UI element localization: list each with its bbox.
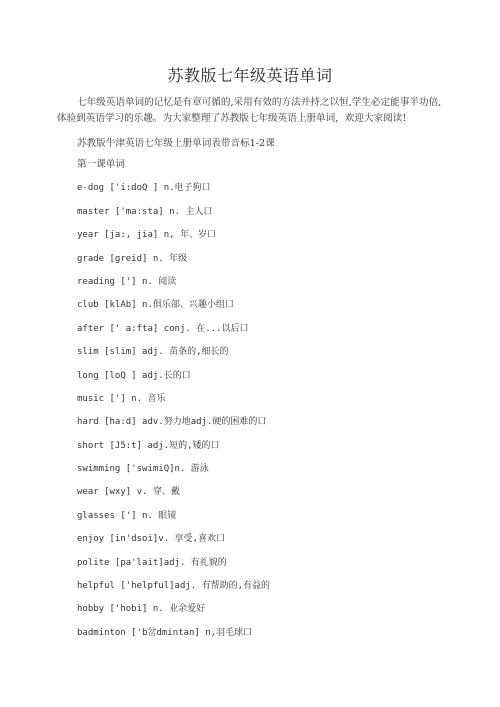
vocab-entry: year [ja:, jia] n, 年、岁口 bbox=[77, 228, 270, 251]
vocab-entry: enjoy [in'dsoi]v. 享受,喜欢口 bbox=[77, 532, 270, 555]
vocab-entry: helpful ['helpful]adj. 有帮助的,有益的 bbox=[77, 579, 270, 602]
vocab-entry: polite [pa'lait]adj. 有礼貌的 bbox=[77, 556, 270, 579]
vocab-entry: reading ['] n. 阅读 bbox=[77, 275, 270, 298]
section-subtitle: 苏教版牛津英语七年级上册单词表带音标1-2课 bbox=[77, 135, 275, 149]
vocab-entry: hobby ['hobi] n. 业余爱好 bbox=[77, 602, 270, 625]
vocab-entry: after [' a:fta] conj. 在...以后口 bbox=[77, 322, 270, 345]
vocab-entry: slim [slim] adj. 苗条的,细长的 bbox=[77, 345, 270, 368]
vocab-entry: e-dog ['i:doQ ] n.电子狗口 bbox=[77, 181, 270, 204]
vocab-entry: swimming ['swimiQ]n. 游泳 bbox=[77, 462, 270, 485]
vocab-entry: long [loQ ] adj.长的口 bbox=[77, 369, 270, 392]
vocab-entry: music ['] n. 音乐 bbox=[77, 392, 270, 415]
vocab-entry: master ['ma:sta] n. 主人口 bbox=[77, 205, 270, 228]
vocabulary-list: 第一课单词 e-dog ['i:doQ ] n.电子狗口 master ['ma… bbox=[77, 158, 270, 649]
document-page: 苏教版七年级英语单词 七年级英语单词的记忆是有章可循的,采用有效的方法并持之以恒… bbox=[0, 0, 500, 707]
vocab-entry: grade [greid] n. 年级 bbox=[77, 252, 270, 275]
vocab-entry: club [klAb] n.俱乐部、兴趣小组口 bbox=[77, 298, 270, 321]
vocab-entry: wear [wxy] v. 穿、戴 bbox=[77, 485, 270, 508]
vocab-entry: glasses ['] n. 眼镜 bbox=[77, 509, 270, 532]
lesson-heading: 第一课单词 bbox=[77, 158, 270, 181]
page-title: 苏教版七年级英语单词 bbox=[0, 63, 500, 86]
vocab-entry: badminton ['b岔dmintan] n,羽毛球口 bbox=[77, 626, 270, 649]
vocab-entry: hard [ha:d] adv.努力地adj.硬的困难的口 bbox=[77, 415, 270, 438]
intro-paragraph: 七年级英语单词的记忆是有章可循的,采用有效的方法并持之以恒,学生必定能事半功倍,… bbox=[57, 95, 445, 126]
vocab-entry: short [J5:t] adj.短的,矮的口 bbox=[77, 439, 270, 462]
